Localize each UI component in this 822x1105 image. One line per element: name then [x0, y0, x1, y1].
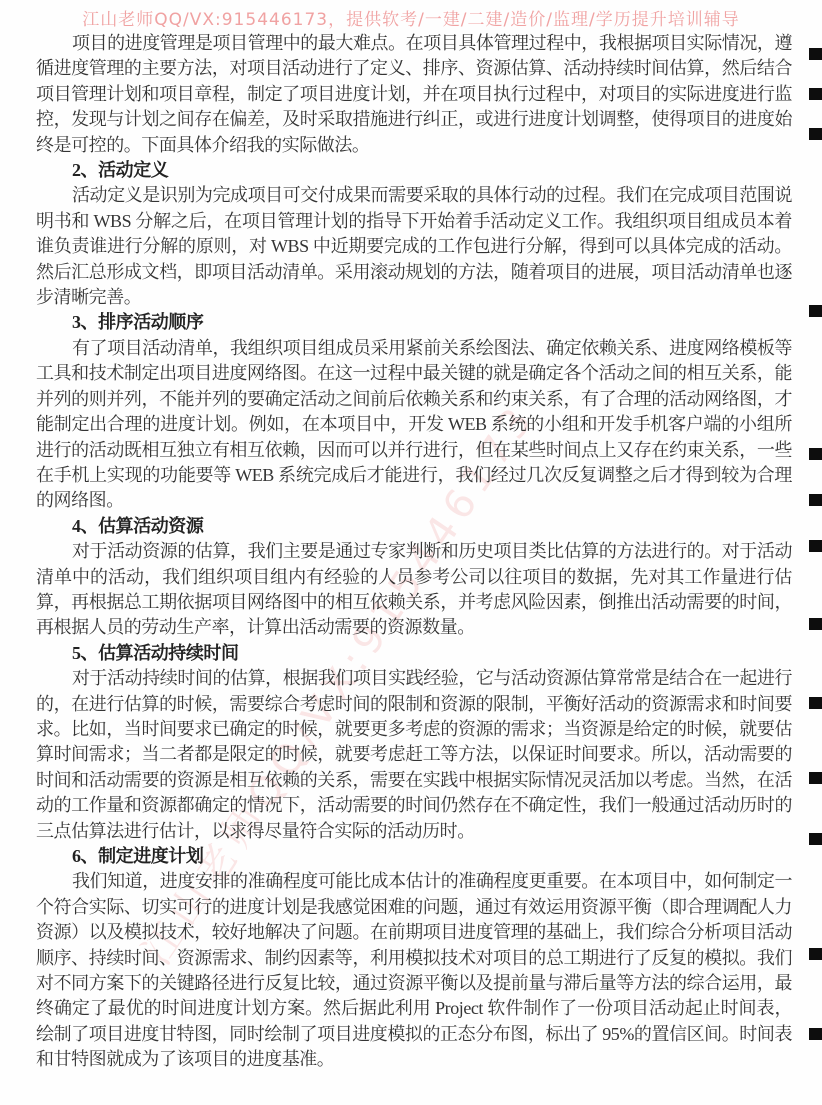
scan-edge-mark: [809, 88, 822, 100]
document-body: 项目的进度管理是项目管理中的最大难点。在项目具体管理过程中，我根据项目实际情况，…: [36, 31, 792, 1073]
document-page: 江山老师QQ/VX:915446173，提供软考/一建/二建/造价/监理/学历提…: [0, 0, 822, 1105]
paragraph: 有了项目活动清单，我组织项目组成员采用紧前关系绘图法、确定依赖关系、进度网络模板…: [36, 336, 792, 514]
paragraph: 活动定义是识别为完成项目可交付成果而需要采取的具体行动的过程。我们在完成项目范围…: [36, 183, 792, 310]
scan-edge-mark: [809, 948, 822, 960]
header-watermark-text: 江山老师QQ/VX:915446173，提供软考/一建/二建/造价/监理/学历提…: [0, 5, 822, 30]
scan-edge-mark: [809, 772, 822, 784]
section-heading: 6、制定进度计划: [36, 844, 792, 869]
section-heading: 4、估算活动资源: [36, 514, 792, 539]
scan-edge-mark: [809, 48, 822, 60]
scan-edge-mark: [809, 697, 822, 709]
scan-edge-mark: [809, 618, 822, 630]
scan-edge-mark: [809, 305, 822, 317]
scan-edge-mark: [809, 448, 822, 460]
scan-edge-mark: [809, 833, 822, 845]
section-heading: 5、估算活动持续时间: [36, 641, 792, 666]
scan-edge-mark: [809, 540, 822, 552]
scan-edge-mark: [809, 128, 822, 140]
section-heading: 3、排序活动顺序: [36, 310, 792, 335]
scan-edge-mark: [809, 1028, 822, 1040]
paragraph: 对于活动持续时间的估算，根据我们项目实践经验，它与活动资源估算常常是结合在一起进…: [36, 666, 792, 844]
paragraph: 我们知道，进度安排的准确程度可能比成本估计的准确程度更重要。在本项目中，如何制定…: [36, 869, 792, 1072]
scan-edge-mark: [809, 494, 822, 506]
paragraph: 项目的进度管理是项目管理中的最大难点。在项目具体管理过程中，我根据项目实际情况，…: [36, 31, 792, 158]
section-heading: 2、活动定义: [36, 158, 792, 183]
paragraph: 对于活动资源的估算，我们主要是通过专家判断和历史项目类比估算的方法进行的。对于活…: [36, 539, 792, 641]
